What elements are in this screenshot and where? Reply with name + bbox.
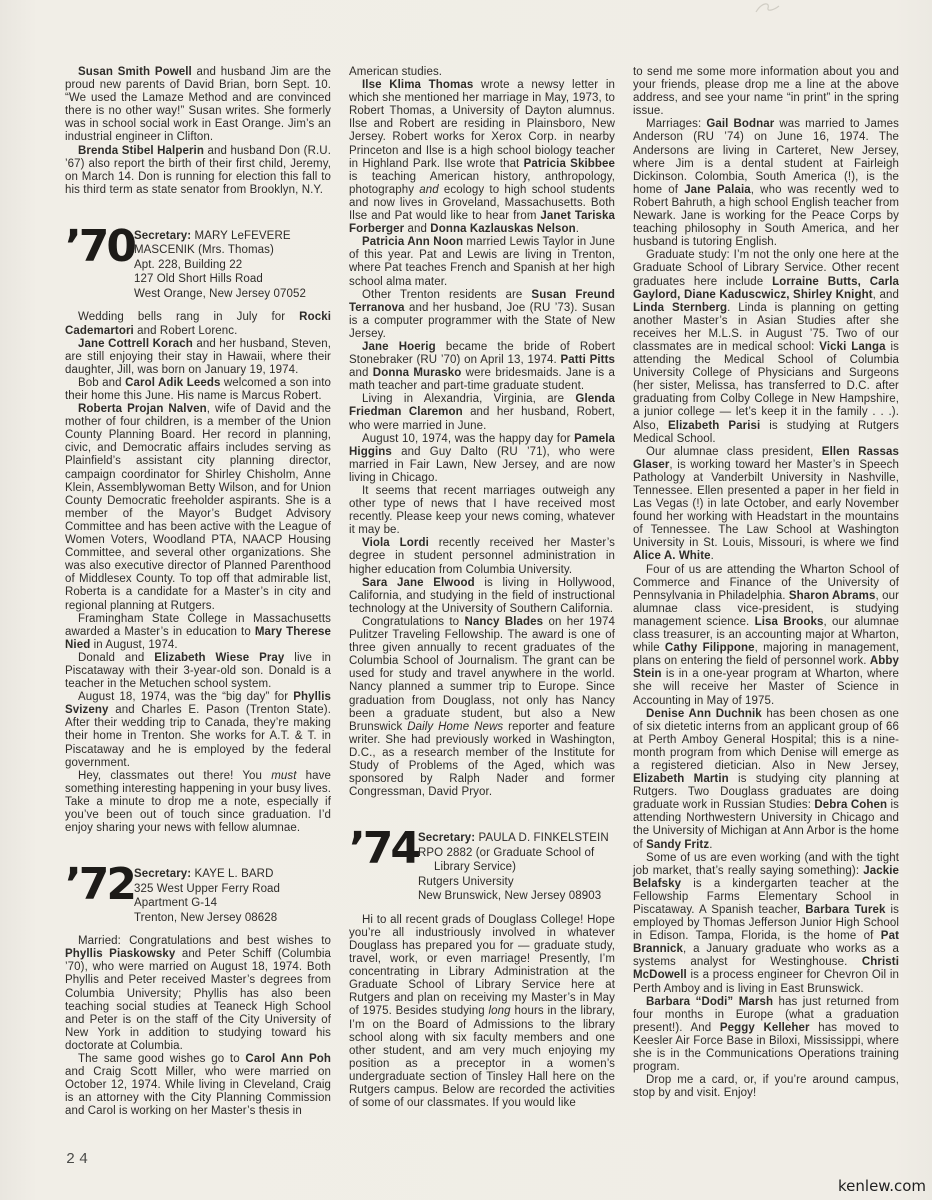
paragraph: Hey, classmates out there! You must have…: [65, 770, 331, 835]
page-number: 24: [66, 1151, 92, 1168]
bold-name: Carol Ann Poh: [245, 1053, 331, 1065]
paragraph: Barbara “Dodi” Marsh has just returned f…: [633, 996, 899, 1075]
paragraph: Our alumnae class president, Ellen Rassa…: [633, 446, 899, 564]
secretary-line: Library Service): [418, 860, 609, 875]
magazine-page: Susan Smith Powell and husband Jim are t…: [0, 0, 932, 1200]
paragraph: Patricia Ann Noon married Lewis Taylor i…: [349, 236, 615, 288]
bold-name: Cathy Filippone: [665, 642, 755, 654]
paragraph: Living in Alexandria, Virginia, are Glen…: [349, 393, 615, 432]
bold-name: Sandy Fritz: [646, 839, 709, 851]
columns: Susan Smith Powell and husband Jim are t…: [0, 0, 932, 1119]
bold-name: Pamela Higgins: [349, 433, 615, 458]
paragraph: Roberta Projan Nalven, wife of David and…: [65, 403, 331, 613]
bold-name: Jane Hoerig: [362, 341, 436, 353]
bold-name: Gail Bodnar: [706, 118, 774, 130]
bold-name: Elizabeth Wiese Pray: [154, 652, 284, 664]
bold-name: Secretary:: [418, 832, 475, 844]
bold-name: Lisa Brooks: [755, 616, 824, 628]
bold-name: Phyllis Piaskowsky: [65, 948, 175, 960]
bold-name: Phyllis Svizeny: [65, 691, 331, 716]
italic-text: and: [419, 184, 439, 196]
bold-name: Pat Brannick: [633, 930, 899, 955]
secretary-address-72: Secretary: KAYE L. BARD325 West Upper Fe…: [134, 865, 280, 925]
bold-name: Carol Adik Leeds: [125, 377, 220, 389]
bold-name: Roberta Projan Nalven: [78, 403, 207, 415]
bold-name: Linda Sternberg: [633, 302, 727, 314]
paragraph: Married: Congratulations and best wishes…: [65, 935, 331, 1053]
paragraph: Graduate study: I’m not the only one her…: [633, 249, 899, 445]
paragraph: Some of us are even working (and with th…: [633, 852, 899, 996]
secretary-address-70: Secretary: MARY LeFEVEREMASCENIK (Mrs. T…: [134, 227, 306, 302]
italic-text: Daily Home News: [407, 721, 503, 733]
secretary-line: New Brunswick, New Jersey 08903: [418, 889, 609, 904]
bold-name: Susan Smith Powell: [78, 66, 192, 78]
class-section-header-70: ’70Secretary: MARY LeFEVEREMASCENIK (Mrs…: [65, 227, 331, 302]
secretary-line: MASCENIK (Mrs. Thomas): [134, 243, 306, 258]
bold-name: Barbara Turek: [805, 904, 885, 916]
paragraph: American studies.: [349, 66, 615, 79]
paragraph: The same good wishes go to Carol Ann Poh…: [65, 1053, 331, 1118]
paragraph: Wedding bells rang in July for Rocki Cad…: [65, 311, 331, 337]
secretary-line: Apt. 228, Building 22: [134, 258, 306, 273]
paragraph: Other Trenton residents are Susan Freund…: [349, 289, 615, 341]
bold-name: Jane Cottrell Korach: [78, 338, 193, 350]
paragraph: Viola Lordi recently received her Master…: [349, 537, 615, 576]
secretary-line: RPO 2882 (or Graduate School of: [418, 846, 609, 861]
paragraph: August 10, 1974, was the happy day for P…: [349, 433, 615, 485]
bold-name: Vicki Langa: [819, 341, 885, 353]
paragraph: Framingham State College in Massachusett…: [65, 613, 331, 652]
secretary-line: Apartment G-14: [134, 896, 280, 911]
paragraph: Donald and Elizabeth Wiese Pray live in …: [65, 652, 331, 691]
class-year-numeral-72: ’72: [65, 865, 134, 925]
bold-name: Patti Pitts: [560, 354, 615, 366]
bold-name: Secretary:: [134, 868, 191, 880]
bold-name: Sharon Abrams: [789, 590, 876, 602]
paragraph: Hi to all recent grads of Douglass Colle…: [349, 914, 615, 1110]
scan-mark-icon: [752, 0, 782, 18]
bold-name: Denise Ann Duchnik: [646, 708, 762, 720]
secretary-line: West Orange, New Jersey 07052: [134, 287, 306, 302]
paragraph: Susan Smith Powell and husband Jim are t…: [65, 66, 331, 145]
bold-name: Alice A. White: [633, 550, 711, 562]
secretary-line: 127 Old Short Hills Road: [134, 272, 306, 287]
paragraph: Jane Cottrell Korach and her husband, St…: [65, 338, 331, 377]
paragraph: to send me some more information about y…: [633, 66, 899, 118]
bold-name: Nancy Blades: [464, 616, 543, 628]
secretary-line: Secretary: PAULA D. FINKELSTEIN: [418, 831, 609, 846]
bold-name: Ilse Klima Thomas: [362, 79, 473, 91]
bold-name: Mary Therese Nied: [65, 626, 331, 651]
paragraph: Denise Ann Duchnik has been chosen as on…: [633, 708, 899, 852]
secretary-line: Secretary: MARY LeFEVERE: [134, 229, 306, 244]
class-year-numeral-74: ’74: [349, 829, 418, 904]
paragraph: Four of us are attending the Wharton Sch…: [633, 564, 899, 708]
bold-name: Brenda Stibel Halperin: [78, 145, 204, 157]
paragraph: It seems that recent marriages outweigh …: [349, 485, 615, 537]
class-section-header-72: ’72Secretary: KAYE L. BARD325 West Upper…: [65, 865, 331, 925]
column-3: to send me some more information about y…: [633, 66, 899, 1119]
bold-name: Susan Freund Terranova: [349, 289, 615, 314]
bold-name: Elizabeth Martin: [633, 773, 729, 785]
bold-name: Christi McDowell: [633, 956, 899, 981]
bold-name: Jane Palaia: [684, 184, 751, 196]
bold-name: Patricia Skibbee: [524, 158, 615, 170]
secretary-line: Secretary: KAYE L. BARD: [134, 867, 280, 882]
bold-name: Sara Jane Elwood: [362, 577, 475, 589]
paragraph: Bob and Carol Adik Leeds welcomed a son …: [65, 377, 331, 403]
bold-name: Barbara “Dodi” Marsh: [646, 996, 773, 1008]
class-section-header-74: ’74Secretary: PAULA D. FINKELSTEINRPO 28…: [349, 829, 615, 904]
bold-name: Secretary:: [134, 230, 191, 242]
bold-name: Glenda Friedman Claremon: [349, 393, 615, 418]
secretary-line: 325 West Upper Ferry Road: [134, 882, 280, 897]
bold-name: Rocki Cademartori: [65, 311, 331, 336]
paragraph: Ilse Klima Thomas wrote a newsy letter i…: [349, 79, 615, 236]
bold-name: Elizabeth Parisi: [668, 420, 760, 432]
bold-name: Ellen Rassas Glaser: [633, 446, 899, 471]
bold-name: Donna Murasko: [373, 367, 462, 379]
bold-name: Peggy Kelleher: [720, 1022, 810, 1034]
bold-name: Donna Kazlauskas Nelson: [430, 223, 575, 235]
bold-name: Patricia Ann Noon: [362, 236, 463, 248]
secretary-line: Rutgers University: [418, 875, 609, 890]
paragraph: Sara Jane Elwood is living in Hollywood,…: [349, 577, 615, 616]
paragraph: August 18, 1974, was the “big day” for P…: [65, 691, 331, 770]
paragraph: Brenda Stibel Halperin and husband Don (…: [65, 145, 331, 197]
italic-text: must: [271, 770, 296, 782]
class-year-numeral-70: ’70: [65, 227, 134, 302]
column-2: American studies.Ilse Klima Thomas wrote…: [349, 66, 615, 1119]
bold-name: Debra Cohen: [814, 799, 887, 811]
bold-name: Viola Lordi: [362, 537, 429, 549]
secretary-line: Trenton, New Jersey 08628: [134, 911, 280, 926]
bold-name: Lorraine Butts, Carla Gaylord, Diane Kad…: [633, 276, 899, 301]
paragraph: Drop me a card, or, if you’re around cam…: [633, 1074, 899, 1100]
column-1: Susan Smith Powell and husband Jim are t…: [65, 66, 331, 1119]
watermark: kenlew.com: [838, 1177, 926, 1195]
paragraph: Congratulations to Nancy Blades on her 1…: [349, 616, 615, 799]
bold-name: Abby Stein: [633, 655, 899, 680]
secretary-address-74: Secretary: PAULA D. FINKELSTEINRPO 2882 …: [418, 829, 609, 904]
paragraph: Jane Hoerig became the bride of Robert S…: [349, 341, 615, 393]
paragraph: Marriages: Gail Bodnar was married to Ja…: [633, 118, 899, 249]
bold-name: Jackie Belafsky: [633, 865, 899, 890]
italic-text: long: [489, 1005, 511, 1017]
